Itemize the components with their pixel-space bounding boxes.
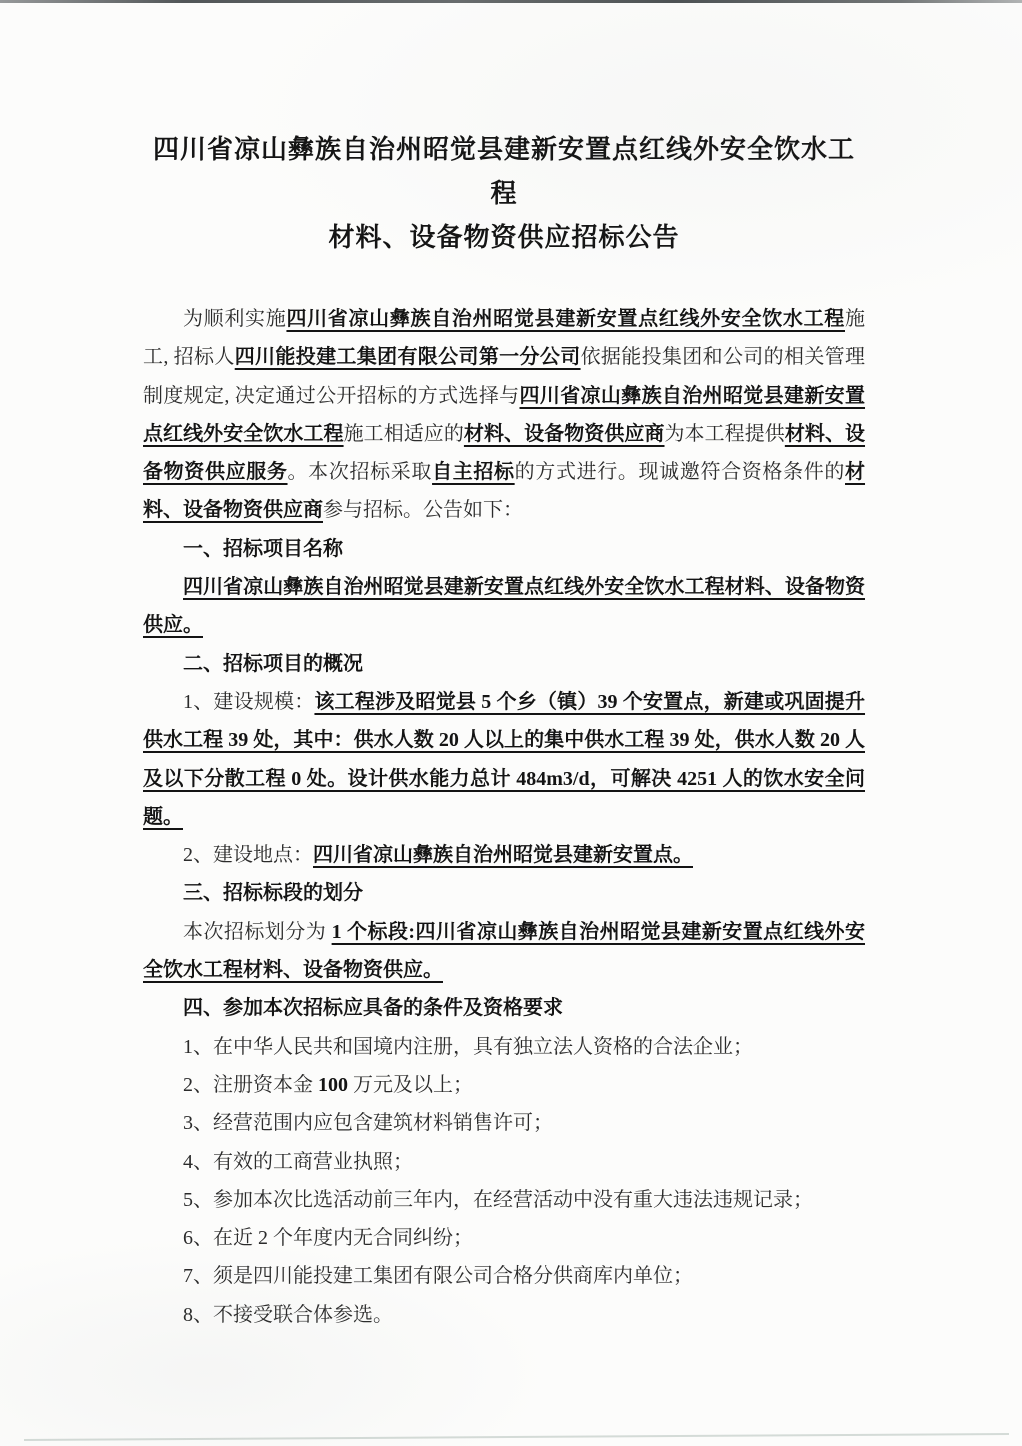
document-content: 四川省凉山彝族自治州昭觉县建新安置点红线外安全饮水工程 材料、设备物资供应招标公… xyxy=(143,128,865,1334)
text-run: 为顺利实施 xyxy=(183,308,286,330)
text-run: 1、在中华人民共和国境内注册，具有独立法人资格的合法企业； xyxy=(183,1036,753,1058)
text-run: 2、建设地点： xyxy=(183,844,313,866)
heading-2: 一、招标项目名称 xyxy=(143,530,865,568)
list-item-13: 4、有效的工商营业执照； xyxy=(143,1143,865,1181)
text-run: 6、在近 2 个年度内无合同纠纷； xyxy=(183,1227,473,1249)
list-item-16: 7、须是四川能投建工集团有限公司合格分供商库内单位； xyxy=(143,1257,865,1295)
text-run: 100 xyxy=(318,1074,348,1096)
heading-9: 四、参加本次招标应具备的条件及资格要求 xyxy=(143,989,865,1027)
text-run: 本次招标划分为 xyxy=(183,921,332,943)
text-run: 4、有效的工商营业执照； xyxy=(183,1151,413,1173)
scanned-document-page: 四川省凉山彝族自治州昭觉县建新安置点红线外安全饮水工程 材料、设备物资供应招标公… xyxy=(0,0,1022,1446)
text-run: 四川省凉山彝族自治州昭觉县建新安置点红线外安全饮水工程材料、设备物资供应。 xyxy=(143,576,865,636)
text-run: 5、参加本次比选活动前三年内，在经营活动中没有重大违法违规记录； xyxy=(183,1189,813,1211)
text-run: 为本工程提供 xyxy=(665,423,785,445)
text-run: 材料、设备物资供应商 xyxy=(464,423,665,445)
list-item-10: 1、在中华人民共和国境内注册，具有独立法人资格的合法企业； xyxy=(143,1028,865,1066)
document-title-line-1: 四川省凉山彝族自治州昭觉县建新安置点红线外安全饮水工程 xyxy=(143,128,865,216)
text-run: 三、招标标段的划分 xyxy=(183,882,363,904)
heading-7: 三、招标标段的划分 xyxy=(143,874,865,912)
list-item-15: 6、在近 2 个年度内无合同纠纷； xyxy=(143,1219,865,1257)
text-run: 2、注册资本金 xyxy=(183,1074,318,1096)
paragraph-3: 四川省凉山彝族自治州昭觉县建新安置点红线外安全饮水工程材料、设备物资供应。 xyxy=(143,568,865,645)
text-run: 四川省凉山彝族自治州昭觉县建新安置点。 xyxy=(313,844,693,866)
list-item-14: 5、参加本次比选活动前三年内，在经营活动中没有重大违法违规记录； xyxy=(143,1181,865,1219)
text-run: 的方式进行。现诚邀符合资格条件的 xyxy=(515,461,845,483)
text-run: 3、经营范围内应包含建筑材料销售许可； xyxy=(183,1112,553,1134)
document-title-line-2: 材料、设备物资供应招标公告 xyxy=(143,216,865,260)
text-run: 施工相适应的 xyxy=(344,423,464,445)
text-run: 四川能投建工集团有限公司第一分公司 xyxy=(235,346,581,368)
paragraph-1: 为顺利实施四川省凉山彝族自治州昭觉县建新安置点红线外安全饮水工程施工, 招标人四… xyxy=(143,300,865,530)
paragraph-8: 本次招标划分为 1 个标段:四川省凉山彝族自治州昭觉县建新安置点红线外安全饮水工… xyxy=(143,913,865,990)
text-run: 一、招标项目名称 xyxy=(183,538,343,560)
text-run: 参与招标。公告如下： xyxy=(323,499,523,521)
text-run: 二、招标项目的概况 xyxy=(183,653,363,675)
list-item-11: 2、注册资本金 100 万元及以上； xyxy=(143,1066,865,1104)
scan-artifact-top-edge xyxy=(0,0,1022,3)
text-run: 1、建设规模： xyxy=(183,691,314,713)
paragraph-6: 2、建设地点：四川省凉山彝族自治州昭觉县建新安置点。 xyxy=(143,836,865,874)
text-run: 万元及以上； xyxy=(348,1074,473,1096)
text-run: 四川省凉山彝族自治州昭觉县建新安置点红线外安全饮水工程 xyxy=(286,308,845,330)
paragraph-5: 1、建设规模：该工程涉及昭觉县 5 个乡（镇）39 个安置点，新建或巩固提升供水… xyxy=(143,683,865,836)
document-body: 为顺利实施四川省凉山彝族自治州昭觉县建新安置点红线外安全饮水工程施工, 招标人四… xyxy=(143,300,865,1334)
list-item-17: 8、不接受联合体参选。 xyxy=(143,1296,865,1334)
text-run: 四、参加本次招标应具备的条件及资格要求 xyxy=(183,997,563,1019)
text-run: 8、不接受联合体参选。 xyxy=(183,1304,393,1326)
text-run: 自主招标 xyxy=(432,461,515,483)
list-item-12: 3、经营范围内应包含建筑材料销售许可； xyxy=(143,1104,865,1142)
scan-artifact-bottom-edge xyxy=(24,1433,1009,1441)
text-run: 7、须是四川能投建工集团有限公司合格分供商库内单位； xyxy=(183,1265,693,1287)
text-run: 。本次招标采取 xyxy=(288,461,433,483)
document-title: 四川省凉山彝族自治州昭觉县建新安置点红线外安全饮水工程 材料、设备物资供应招标公… xyxy=(143,128,865,260)
heading-4: 二、招标项目的概况 xyxy=(143,645,865,683)
